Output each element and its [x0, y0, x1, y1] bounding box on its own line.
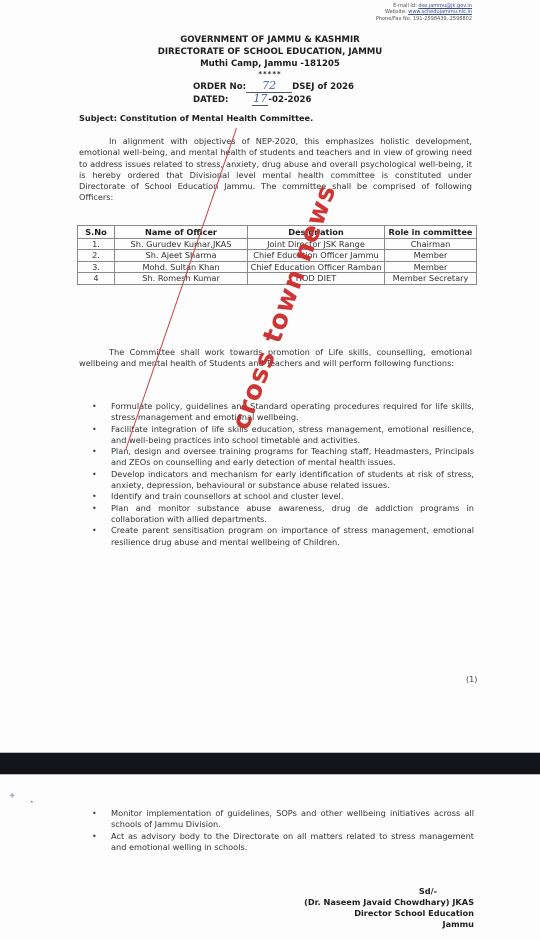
order-number-line: ORDER No:72DSEJ of 2026 — [193, 80, 354, 93]
signatory-place: Jammu — [304, 919, 474, 930]
list-item: Formulate policy, guidelines and Standar… — [86, 401, 474, 424]
list-item: Facilitate integration of life skills ed… — [86, 424, 474, 447]
address: Muthi Camp, Jammu -181205 — [140, 58, 400, 70]
table-row: 3. Mohd. Sultan Khan Chief Education Off… — [78, 261, 477, 273]
signatory-title: Director School Education — [304, 908, 474, 919]
subject-line: Subject: Constitution of Mental Health C… — [79, 113, 313, 123]
list-item: Identify and train counsellors at school… — [86, 491, 474, 502]
table-header-row: S.No Name of Officer Designation Role in… — [78, 226, 477, 239]
signed-mark: Sd/- — [304, 886, 437, 897]
intro-paragraph: In alignment with objectives of NEP-2020… — [79, 136, 472, 204]
email-link[interactable]: dse.jammu@jk.gov.in — [418, 3, 472, 9]
government-name: GOVERNMENT OF JAMMU & KASHMIR — [140, 34, 400, 46]
directorate-name: DIRECTORATE OF SCHOOL EDUCATION, JAMMU — [140, 46, 400, 58]
column-header-role: Role in committee — [385, 226, 477, 239]
signatory-name: (Dr. Naseem Javaid Chowdhary) JKAS — [304, 897, 474, 908]
letterhead: GOVERNMENT OF JAMMU & KASHMIR DIRECTORAT… — [140, 34, 400, 78]
table-row: 2. Sh. Ajeet Sharma Chief Education Offi… — [78, 250, 477, 262]
scan-dot: • — [30, 799, 34, 806]
list-item: Monitor implementation of guidelines, SO… — [86, 808, 474, 831]
column-header-sno: S.No — [78, 226, 115, 239]
order-block: ORDER No:72DSEJ of 2026 DATED:17-02-2026 — [193, 80, 354, 106]
functions-intro-paragraph: The Committee shall work towards promoti… — [79, 347, 472, 370]
table-row: 1. Sh. Gurudev Kumar,JKAS Joint Director… — [78, 238, 477, 250]
signature-block: Sd/- (Dr. Naseem Javaid Chowdhary) JKAS … — [304, 886, 474, 930]
list-item: Plan and monitor substance abuse awarene… — [86, 503, 474, 526]
list-item: Act as advisory body to the Directorate … — [86, 831, 474, 854]
column-header-name: Name of Officer — [115, 226, 248, 239]
date-day-handwritten: 17 — [252, 93, 268, 106]
website-link[interactable]: www.schedujammu.nic.in — [408, 9, 472, 15]
table-row: 4 Sh. Romesh Kumar HOD DIET Member Secre… — [78, 273, 477, 285]
website-line: Website: www.schedujammu.nic.in — [376, 9, 472, 15]
functions-list: Formulate policy, guidelines and Standar… — [86, 401, 474, 548]
order-date-line: DATED:17-02-2026 — [193, 93, 354, 106]
document-page-1: E-mail Id: dse.jammu@jk.gov.in Website: … — [0, 0, 540, 752]
page-number: (1) — [466, 675, 477, 684]
functions-list-continued: Monitor implementation of guidelines, SO… — [86, 808, 474, 853]
page-divider-band — [0, 752, 540, 775]
contact-block: E-mail Id: dse.jammu@jk.gov.in Website: … — [376, 3, 472, 22]
list-item: Create parent sensitisation program on i… — [86, 525, 474, 548]
phone-line: Phone/Fax No. 191-2598439, 2598802 — [376, 16, 472, 22]
list-item: Develop indicators and mechanism for ear… — [86, 469, 474, 492]
scan-mark: ✦ — [8, 791, 16, 802]
watermark-text: cross town news — [226, 180, 343, 433]
list-item: Plan, design and oversee training progra… — [86, 446, 474, 469]
officers-table: S.No Name of Officer Designation Role in… — [77, 225, 477, 285]
column-header-designation: Designation — [248, 226, 385, 239]
separator-stars: ***** — [140, 70, 400, 78]
